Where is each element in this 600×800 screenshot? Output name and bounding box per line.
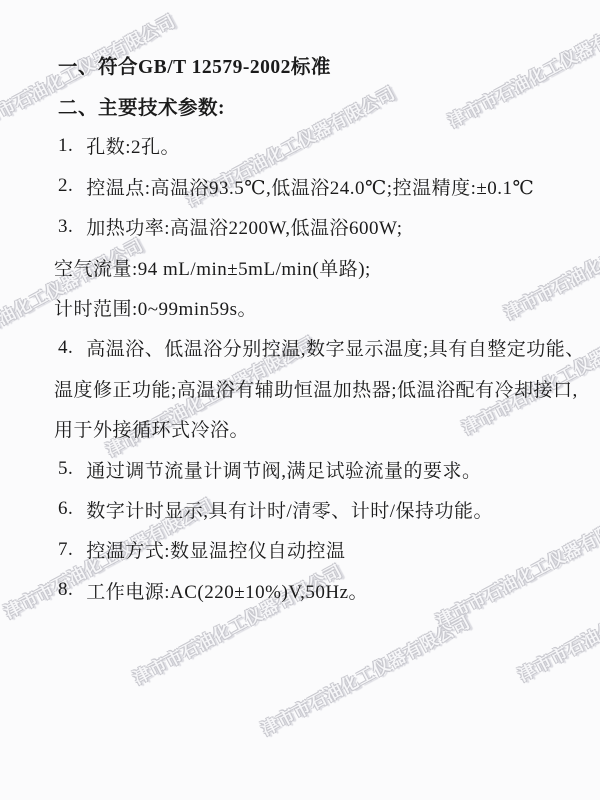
doc-line-text: 高温浴、低温浴分别控温,数字显示温度;具有自整定功能、	[86, 334, 585, 361]
doc-line: 计时范围:0~99min59s。	[0, 287, 600, 327]
doc-line: 空气流量:94 mL/min±5mL/min(单路);	[0, 247, 600, 287]
doc-line: 2.控温点:高温浴93.5℃,低温浴24.0℃;控温精度:±0.1℃	[0, 166, 600, 206]
doc-line: 6.数字计时显示,具有计时/清零、计时/保持功能。	[0, 489, 600, 529]
doc-line-text: 主要技术参数:	[98, 92, 225, 120]
doc-line: 3.加热功率:高温浴2200W,低温浴600W;	[0, 207, 600, 247]
doc-line-number: 一、	[58, 51, 98, 79]
doc-line: 二、主要技术参数:	[0, 85, 600, 125]
doc-line-number: 7.	[58, 539, 73, 561]
doc-line: 1.孔数:2孔。	[0, 126, 600, 166]
doc-line: 温度修正功能;高温浴有辅助恒温加热器;低温浴配有冷却接口,	[0, 368, 600, 408]
doc-line-text: 空气流量:94 mL/min±5mL/min(单路);	[54, 254, 371, 281]
doc-line: 8.工作电源:AC(220±10%)V,50Hz。	[0, 570, 600, 610]
doc-line-number: 4.	[58, 337, 73, 359]
doc-line: 4.高温浴、低温浴分别控温,数字显示温度;具有自整定功能、	[0, 328, 600, 368]
doc-line-text: 数字计时显示,具有计时/清零、计时/保持功能。	[86, 496, 493, 523]
doc-line-text: 工作电源:AC(220±10%)V,50Hz。	[86, 577, 368, 604]
doc-line-text: 计时范围:0~99min59s。	[54, 294, 257, 321]
doc-line-text: 孔数:2孔。	[86, 132, 180, 159]
doc-line-number: 二、	[58, 92, 98, 120]
document-body: 一、符合GB/T 12579-2002标准二、主要技术参数:1.孔数:2孔。2.…	[0, 0, 600, 800]
doc-line-number: 2.	[58, 175, 73, 197]
doc-line: 用于外接循环式冷浴。	[0, 409, 600, 449]
doc-line-number: 8.	[58, 579, 73, 601]
doc-line-text: 加热功率:高温浴2200W,低温浴600W;	[86, 213, 402, 240]
doc-line-text: 符合GB/T 12579-2002标准	[98, 51, 331, 79]
doc-line-text: 控温点:高温浴93.5℃,低温浴24.0℃;控温精度:±0.1℃	[86, 173, 534, 200]
doc-line: 7.控温方式:数显温控仪自动控温	[0, 530, 600, 570]
document-page: 津市市石油化工仪器有限公司津市市石油化工仪器有限公司津市市石油化工仪器有限公司津…	[0, 0, 600, 800]
doc-line: 一、符合GB/T 12579-2002标准	[0, 45, 600, 85]
doc-line-number: 3.	[58, 216, 73, 238]
doc-line-text: 用于外接循环式冷浴。	[54, 415, 249, 442]
doc-line-number: 6.	[58, 498, 73, 520]
doc-line-number: 1.	[58, 135, 73, 157]
doc-line-text: 控温方式:数显温控仪自动控温	[86, 536, 345, 563]
doc-line: 5.通过调节流量计调节阀,满足试验流量的要求。	[0, 449, 600, 489]
doc-line-text: 温度修正功能;高温浴有辅助恒温加热器;低温浴配有冷却接口,	[54, 375, 578, 402]
doc-line-text: 通过调节流量计调节阀,满足试验流量的要求。	[86, 456, 481, 483]
doc-line-number: 5.	[58, 458, 73, 480]
